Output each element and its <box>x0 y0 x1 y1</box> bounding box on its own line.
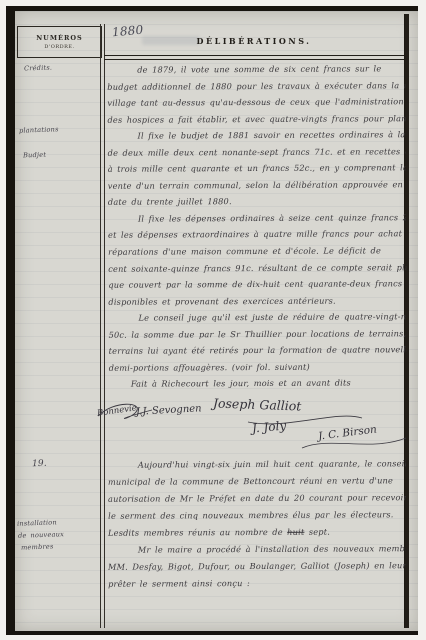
handwritten-line: cent soixante-quinze francs 91c. résulta… <box>108 259 406 277</box>
handwritten-line: des hospices a fait établir, et avec qua… <box>107 110 405 128</box>
handwritten-line: budget additionnel de 1880 pour les trav… <box>107 77 405 95</box>
signature-paraph-flourish <box>96 398 156 424</box>
handwritten-line: vente d'un terrain communal, selon la dé… <box>108 176 406 194</box>
margin-column-rule <box>100 24 105 628</box>
margin-note-installation-1: installation <box>17 518 57 527</box>
deliberation-entry-1-text: de 1879, il vote une somme de six cent f… <box>107 60 407 392</box>
struck-line-post: sept. <box>304 527 330 537</box>
struck-line-pre: Lesdits membres réunis au nombre de <box>108 527 287 538</box>
margin-note-installation-2: de nouveaux <box>18 530 64 540</box>
order-number-sublabel: D'ORDRE. <box>44 44 74 50</box>
signature-underline-flourish-1 <box>246 408 366 430</box>
header-divider-rule <box>104 55 404 60</box>
handwritten-line: MM. Desfay, Bigot, Dufour, ou Boulanger,… <box>108 557 406 576</box>
handwritten-line: terrains lui ayant été retirés pour la f… <box>109 342 407 360</box>
handwritten-line: Mr le maire a procédé à l'installation d… <box>108 540 406 559</box>
handwritten-line: municipal de la commune de Bettoncourt r… <box>108 472 406 491</box>
handwritten-year: 1880 <box>111 23 143 40</box>
handwritten-line: Aujourd'hui vingt-six juin mil huit cent… <box>108 455 406 474</box>
struck-word: huit <box>287 527 304 537</box>
handwritten-line: Fait à Richecourt les jour, mois et an a… <box>109 375 407 393</box>
handwritten-line: autorisation de Mr le Préfet en date du … <box>108 489 406 508</box>
handwritten-line: disponibles et provenant des exercices a… <box>108 292 406 310</box>
signature-underline-flourish-2 <box>300 432 410 454</box>
handwritten-line: prêter le serment ainsi conçu : <box>108 574 406 593</box>
handwritten-line: de deux mille deux cent nonante-sept fra… <box>108 143 406 161</box>
order-number-header-box: NUMÉROS D'ORDRE. <box>17 26 102 58</box>
handwritten-line: Il fixe les dépenses ordinaires à seize … <box>108 209 406 227</box>
handwritten-line: Il fixe le budjet de 1881 savoir en rece… <box>107 126 405 144</box>
handwritten-line: et les dépenses extraordinaires à quatre… <box>108 226 406 244</box>
margin-note-credits: Crédits. <box>24 64 52 73</box>
handwritten-line: réparations d'une maison commune et d'éc… <box>108 242 406 260</box>
order-number-label: NUMÉROS <box>36 34 83 42</box>
handwritten-line: Le conseil juge qu'il est juste de rédui… <box>108 308 406 326</box>
page-title: DÉLIBÉRATIONS. <box>104 36 404 46</box>
margin-note-plantations: plantations <box>19 125 59 134</box>
handwritten-line: date du trente juillet 1880. <box>108 193 406 211</box>
scanned-register-page: NUMÉROS D'ORDRE. DÉLIBÉRATIONS. 1880 Cré… <box>0 0 426 640</box>
handwritten-line: 50c. la somme due par le Sr Thuillier po… <box>109 325 407 343</box>
deliberation-entry-2-text-top: Aujourd'hui vingt-six juin mil huit cent… <box>108 455 406 525</box>
handwritten-line: village tant au-dessus qu'au-dessous de … <box>107 93 405 111</box>
membership-count-line: Lesdits membres réunis au nombre de huit… <box>108 523 406 542</box>
margin-note-installation-3: membres <box>21 542 54 551</box>
handwritten-line: à trois mille cent quarante et un francs… <box>108 160 406 178</box>
margin-entry-number: 19. <box>32 459 47 470</box>
handwritten-line: le serment des cinq nouveaux membres élu… <box>108 506 406 525</box>
margin-note-budget: Budjet <box>23 151 46 160</box>
handwritten-line: que couvert par la somme de dix-huit cen… <box>108 275 406 293</box>
handwritten-line: demi-portions affouagères. (voir fol. su… <box>109 358 407 376</box>
handwritten-line: de 1879, il vote une somme de six cent f… <box>107 60 405 78</box>
deliberation-entry-2-text-bottom: Mr le maire a procédé à l'installation d… <box>108 540 406 593</box>
